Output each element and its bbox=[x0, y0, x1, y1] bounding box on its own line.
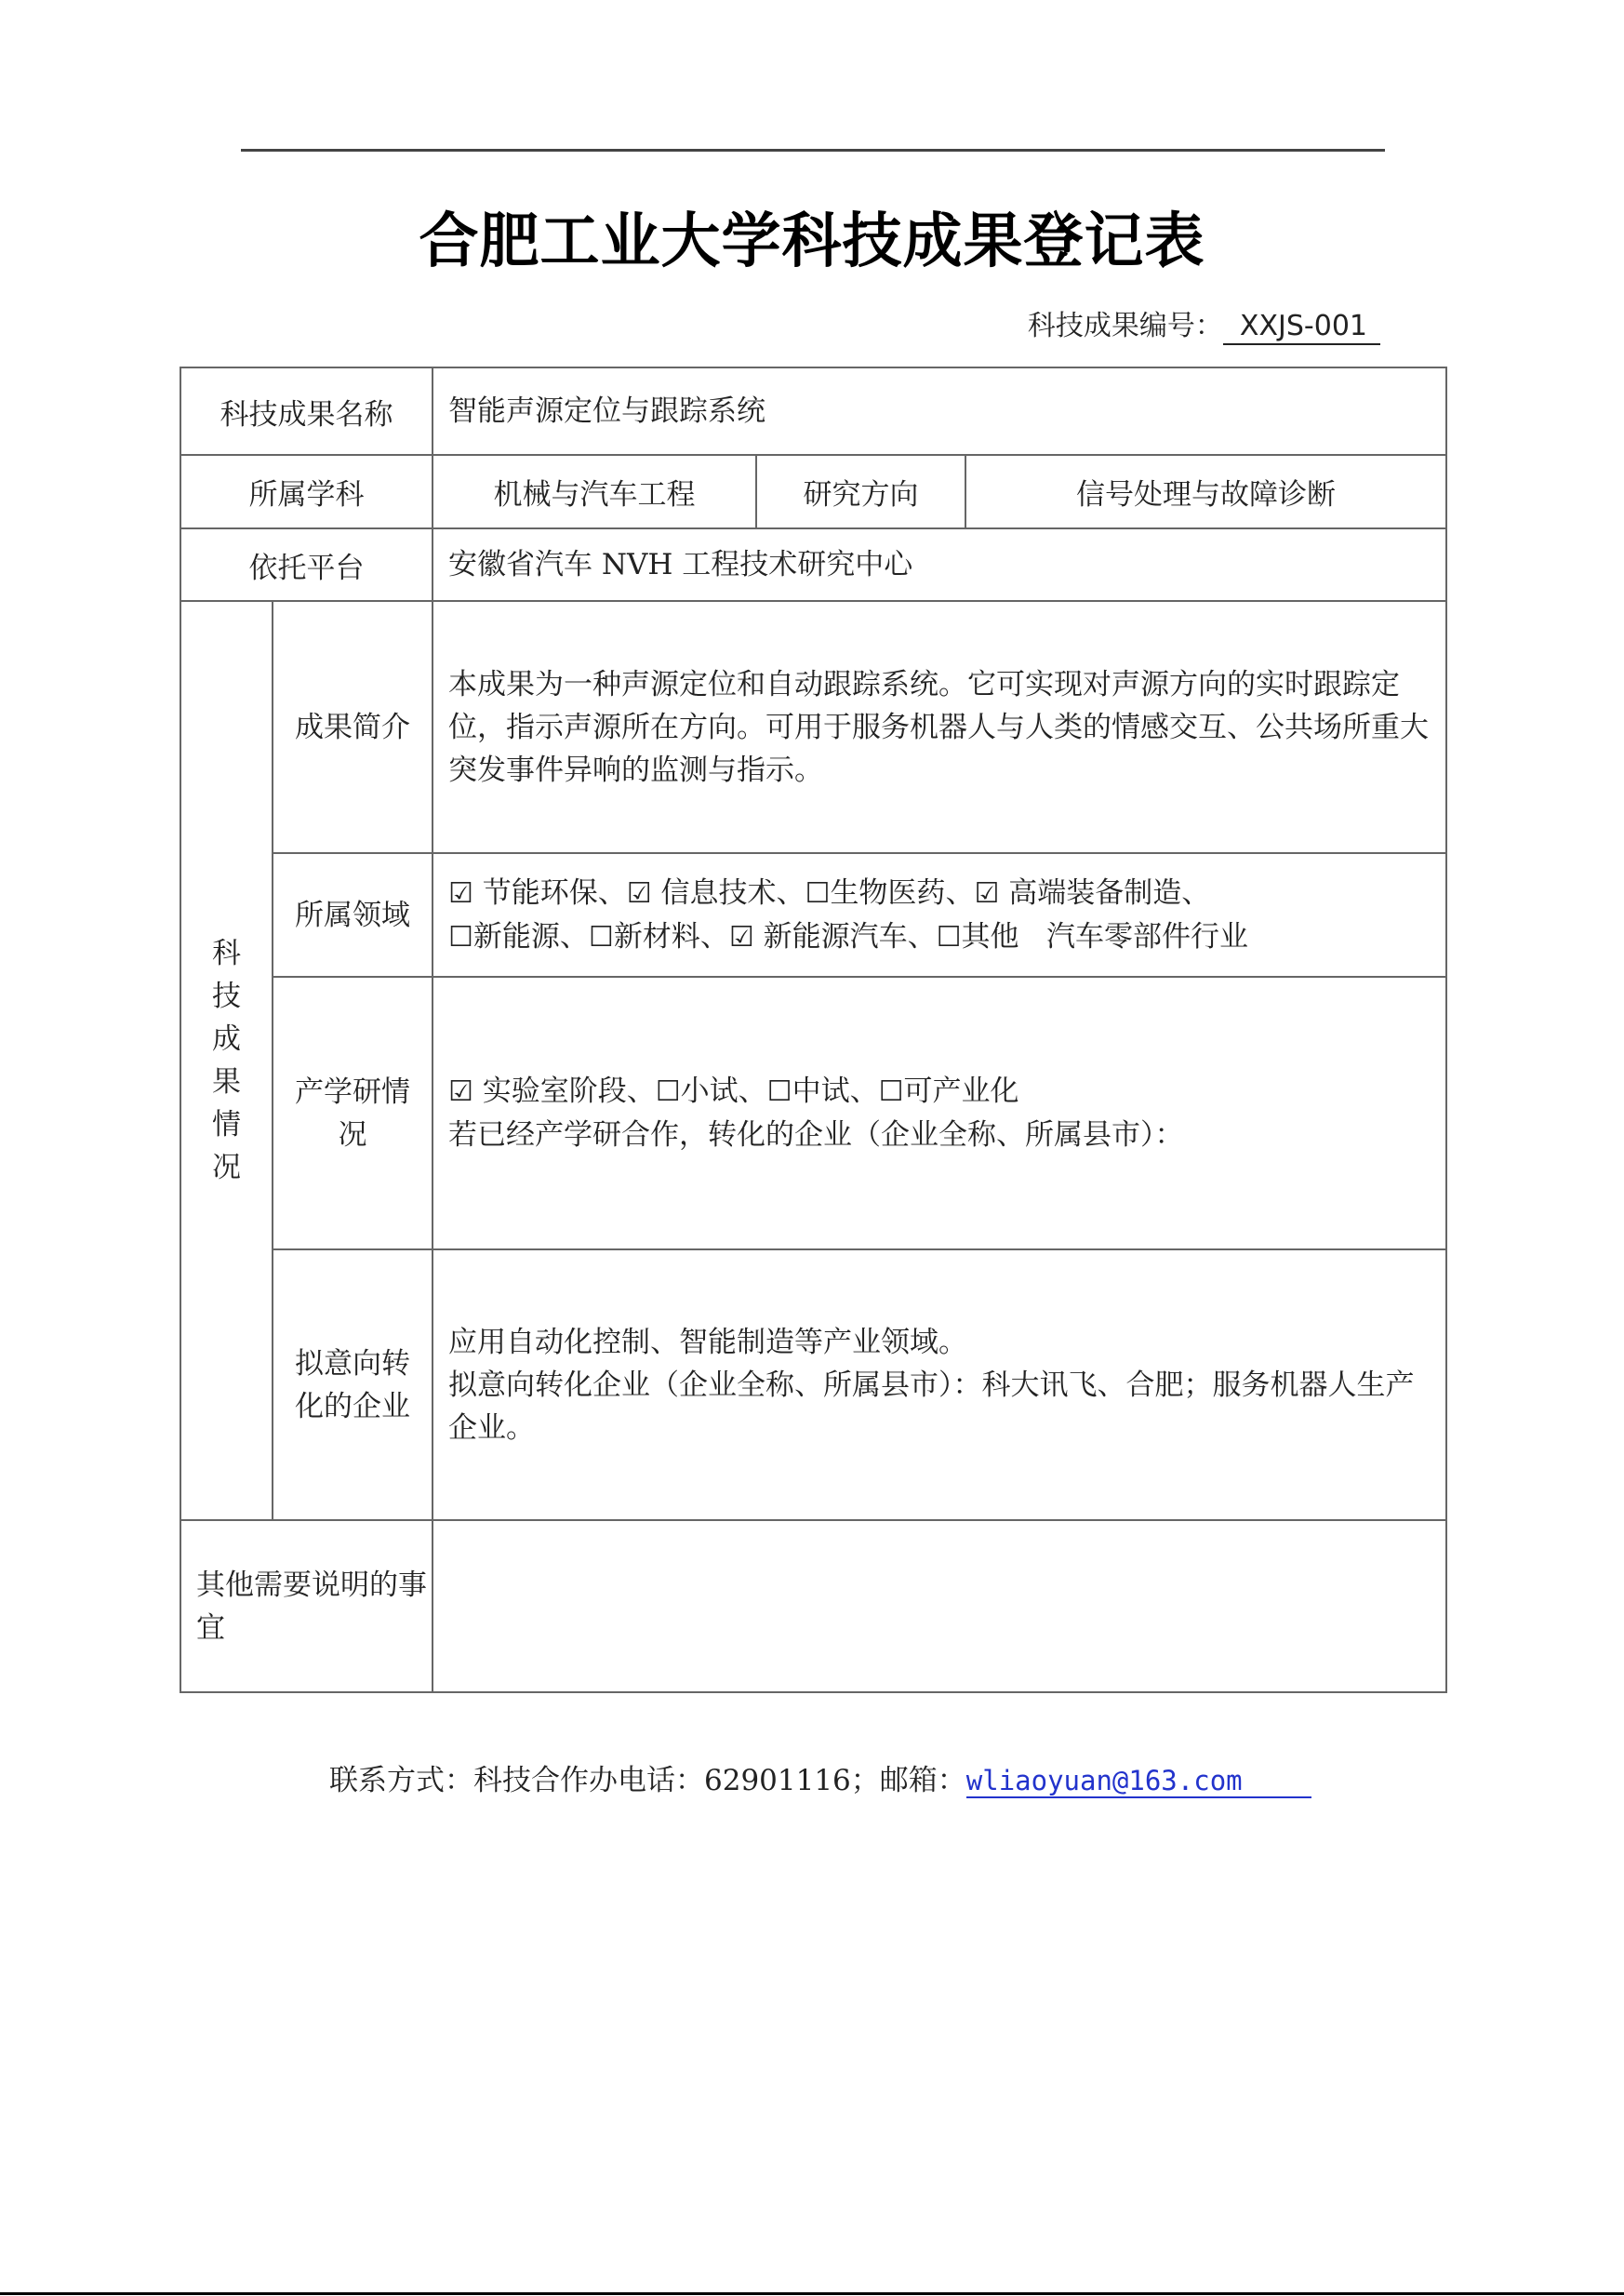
row-other: 其他需要说明的事宜 bbox=[180, 1520, 1446, 1692]
field-options-line-2: ☐新能源、☐新材料、☑ 新能源汽车、☐其他 汽车零部件行业 bbox=[448, 915, 1436, 959]
field-options-line-1: ☑ 节能环保、☑ 信息技术、☐生物医药、☑ 高端装备制造、 bbox=[448, 872, 1436, 915]
field-checkbox-other[interactable]: ☐其他 bbox=[937, 920, 1019, 954]
contact-email-link[interactable]: wliaoyuan@163.com bbox=[966, 1765, 1311, 1798]
row-iur: 产学研情 况 ☑ 实验室阶段、☐小试、☐中试、☐可产业化 若已经产学研合作，转化… bbox=[180, 977, 1446, 1249]
section-label-char: 果 bbox=[181, 1061, 272, 1103]
discipline-label: 所属学科 bbox=[180, 455, 433, 528]
summary-label: 成果简介 bbox=[273, 601, 433, 853]
contact-email-label: ；邮箱： bbox=[851, 1764, 966, 1797]
direction-value[interactable]: 信号处理与故障诊断 bbox=[965, 455, 1446, 528]
contact-phone: 62901116 bbox=[704, 1764, 851, 1797]
unchecked-box-icon: ☐ bbox=[589, 921, 614, 954]
unchecked-box-icon: ☐ bbox=[767, 1075, 792, 1108]
checked-box-icon: ☑ bbox=[729, 921, 754, 954]
row-platform: 依托平台 安徽省汽车 NVH 工程技术研究中心 bbox=[180, 528, 1446, 601]
page-bottom-rule bbox=[0, 2292, 1624, 2295]
intent-label: 拟意向转 化的企业 bbox=[273, 1249, 433, 1520]
contact-line: 联系方式：科技合作办电话：62901116；邮箱：wliaoyuan@163.c… bbox=[329, 1756, 1311, 1798]
iur-stage-options: ☑ 实验室阶段、☐小试、☐中试、☐可产业化 bbox=[448, 1070, 1436, 1114]
serial-number: 科技成果编号：XXJS-001 bbox=[1028, 302, 1380, 345]
stage-checkbox-pilot-medium[interactable]: ☐中试 bbox=[767, 1075, 850, 1108]
discipline-value[interactable]: 机械与汽车工程 bbox=[433, 455, 756, 528]
stage-checkbox-pilot-small[interactable]: ☐小试 bbox=[656, 1075, 739, 1108]
field-checkbox-energy-saving[interactable]: ☑ 节能环保 bbox=[448, 876, 598, 910]
unchecked-box-icon: ☐ bbox=[656, 1075, 681, 1108]
name-label: 科技成果名称 bbox=[180, 367, 433, 455]
direction-label: 研究方向 bbox=[756, 455, 965, 528]
field-options: ☑ 节能环保、☑ 信息技术、☐生物医药、☑ 高端装备制造、 ☐新能源、☐新材料、… bbox=[433, 853, 1446, 977]
page-title: 合肥工业大学科技成果登记表 bbox=[0, 194, 1624, 279]
field-checkbox-new-materials[interactable]: ☐新材料 bbox=[589, 920, 700, 954]
other-label: 其他需要说明的事宜 bbox=[180, 1520, 433, 1692]
section-label-char: 况 bbox=[181, 1146, 272, 1189]
row-intent: 拟意向转 化的企业 应用自动化控制、智能制造等产业领域。 拟意向转化企业（企业全… bbox=[180, 1249, 1446, 1520]
section-label-char: 成 bbox=[181, 1018, 272, 1061]
field-checkbox-it[interactable]: ☑ 信息技术 bbox=[627, 876, 777, 910]
field-checkbox-new-energy[interactable]: ☐新能源 bbox=[448, 920, 560, 954]
section-label-char: 情 bbox=[181, 1103, 272, 1146]
intent-value[interactable]: 应用自动化控制、智能制造等产业领域。 拟意向转化企业（企业全称、所属县市）：科大… bbox=[433, 1249, 1446, 1520]
section-label-char: 技 bbox=[181, 975, 272, 1018]
checked-box-icon: ☑ bbox=[974, 877, 999, 910]
unchecked-box-icon: ☐ bbox=[937, 921, 962, 954]
other-value[interactable] bbox=[433, 1520, 1446, 1692]
field-checkbox-biomedicine[interactable]: ☐生物医药 bbox=[805, 876, 946, 910]
checked-box-icon: ☑ bbox=[448, 877, 473, 910]
intent-line-1: 应用自动化控制、智能制造等产业领域。 bbox=[448, 1321, 1436, 1364]
iur-value: ☑ 实验室阶段、☐小试、☐中试、☐可产业化 若已经产学研合作，转化的企业（企业全… bbox=[433, 977, 1446, 1249]
platform-label: 依托平台 bbox=[180, 528, 433, 601]
unchecked-box-icon: ☐ bbox=[879, 1075, 904, 1108]
section-label-achievement-status: 科 技 成 果 情 况 bbox=[180, 601, 273, 1520]
row-summary: 科 技 成 果 情 况 成果简介 本成果为一种声源定位和自动跟踪系统。它可实现对… bbox=[180, 601, 1446, 853]
iur-note: 若已经产学研合作，转化的企业（企业全称、所属县市）： bbox=[448, 1114, 1436, 1156]
field-checkbox-nev[interactable]: ☑ 新能源汽车 bbox=[729, 920, 908, 954]
iur-label: 产学研情 况 bbox=[273, 977, 433, 1249]
contact-prefix: 联系方式：科技合作办电话： bbox=[329, 1764, 704, 1797]
header-rule bbox=[241, 149, 1385, 152]
section-label-char: 科 bbox=[181, 932, 272, 975]
summary-value[interactable]: 本成果为一种声源定位和自动跟踪系统。它可实现对声源方向的实时跟踪定位，指示声源所… bbox=[433, 601, 1446, 853]
checked-box-icon: ☑ bbox=[448, 1075, 473, 1108]
field-checkbox-high-end-equipment[interactable]: ☑ 高端装备制造 bbox=[974, 876, 1181, 910]
row-fields: 所属领域 ☑ 节能环保、☑ 信息技术、☐生物医药、☑ 高端装备制造、 ☐新能源、… bbox=[180, 853, 1446, 977]
stage-checkbox-lab[interactable]: ☑ 实验室阶段 bbox=[448, 1075, 627, 1108]
field-label: 所属领域 bbox=[273, 853, 433, 977]
row-discipline: 所属学科 机械与汽车工程 研究方向 信号处理与故障诊断 bbox=[180, 455, 1446, 528]
serial-value: XXJS-001 bbox=[1223, 310, 1380, 345]
checked-box-icon: ☑ bbox=[627, 877, 652, 910]
serial-label: 科技成果编号： bbox=[1028, 310, 1223, 342]
registration-form-table: 科技成果名称 智能声源定位与跟踪系统 所属学科 机械与汽车工程 研究方向 信号处… bbox=[180, 367, 1447, 1693]
stage-checkbox-industrializable[interactable]: ☐可产业化 bbox=[879, 1075, 1019, 1108]
unchecked-box-icon: ☐ bbox=[805, 877, 831, 910]
field-other-text[interactable]: 汽车零部件行业 bbox=[1046, 920, 1248, 954]
intent-line-2: 拟意向转化企业（企业全称、所属县市）：科大讯飞、合肥；服务机器人生产企业。 bbox=[448, 1364, 1436, 1449]
row-name: 科技成果名称 智能声源定位与跟踪系统 bbox=[180, 367, 1446, 455]
platform-value[interactable]: 安徽省汽车 NVH 工程技术研究中心 bbox=[433, 528, 1446, 601]
name-value[interactable]: 智能声源定位与跟踪系统 bbox=[433, 367, 1446, 455]
unchecked-box-icon: ☐ bbox=[448, 921, 473, 954]
